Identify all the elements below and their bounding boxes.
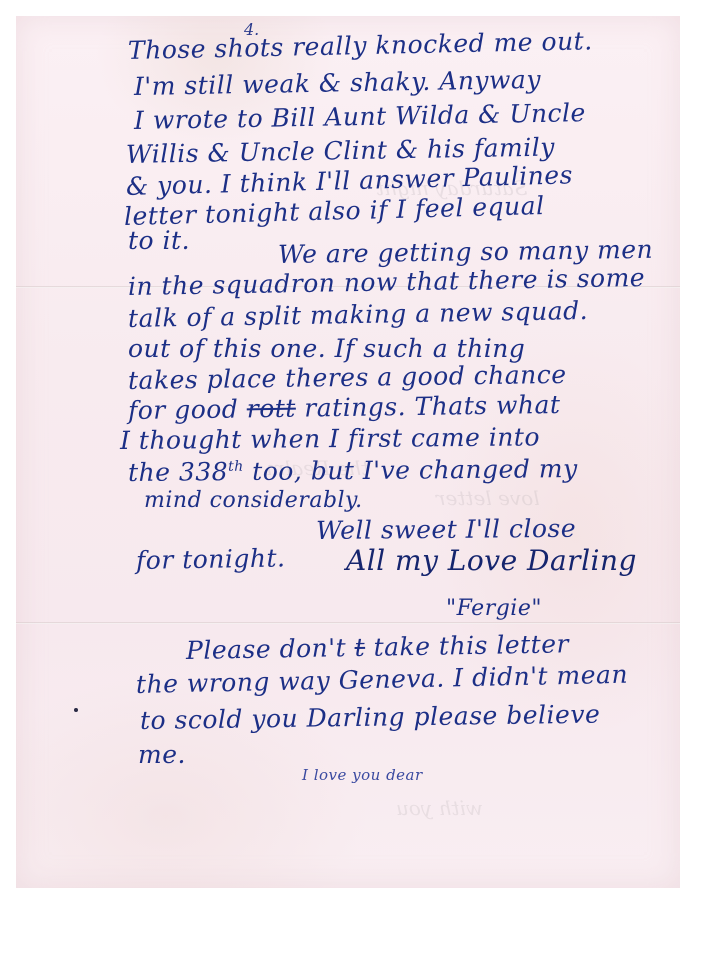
struck-word: t — [354, 633, 365, 662]
text-fragment: ratings. Thats what — [296, 390, 561, 423]
text-fragment: Please don't — [186, 633, 355, 665]
postscript-line: to scold you Darling please believe — [140, 700, 601, 735]
bleed-through-text: love letter — [436, 486, 540, 510]
letter-line: to it. — [128, 226, 190, 255]
struck-word: rott — [247, 394, 297, 424]
postscript-line: the wrong way Geneva. I didn't mean — [136, 660, 629, 699]
letter-line: Those shots really knocked me out. — [128, 26, 593, 65]
letter-line: Well sweet I'll close — [316, 514, 576, 545]
letter-page: Saturday night the Realm love letter wit… — [16, 16, 680, 888]
ordinal-suffix: th — [228, 459, 244, 475]
text-fragment: thought when I first came into — [139, 422, 540, 454]
postscript-line: Please don't t take this letter — [186, 629, 569, 665]
letter-line: I'm still weak & shaky. Anyway — [134, 65, 541, 101]
bleed-through-text: with you — [396, 796, 483, 820]
letter-line: for tonight. — [136, 543, 286, 575]
text-fragment: take this letter — [365, 629, 569, 662]
letter-line: I wrote to Bill Aunt Wilda & Uncle — [134, 98, 586, 135]
valediction: All my Love Darling — [346, 544, 637, 577]
letter-line: out of this one. If such a thing — [128, 334, 525, 363]
fold-crease-lower — [16, 622, 680, 624]
text-fragment: too, but I've changed my — [244, 454, 578, 486]
text-fragment: for good — [128, 394, 247, 425]
squadron-number: the 338 — [128, 457, 228, 487]
ink-spot — [74, 708, 78, 712]
signature: "Fergie" — [446, 596, 542, 621]
postscript-line: me. — [138, 740, 186, 769]
letter-line: in the squadron now that there is some — [128, 263, 646, 301]
letter-line: takes place theres a good chance — [128, 360, 567, 395]
text-fragment: I — [120, 426, 139, 455]
letter-line: talk of a split making a new squad. — [128, 296, 589, 333]
letter-line: mind considerably. — [144, 488, 363, 513]
letter-line: the 338th too, but I've changed my — [128, 454, 578, 487]
love-note: I love you dear — [302, 766, 423, 784]
letter-line: for good rott ratings. Thats what — [128, 390, 561, 425]
letter-line: I thought when I first came into — [120, 422, 540, 455]
